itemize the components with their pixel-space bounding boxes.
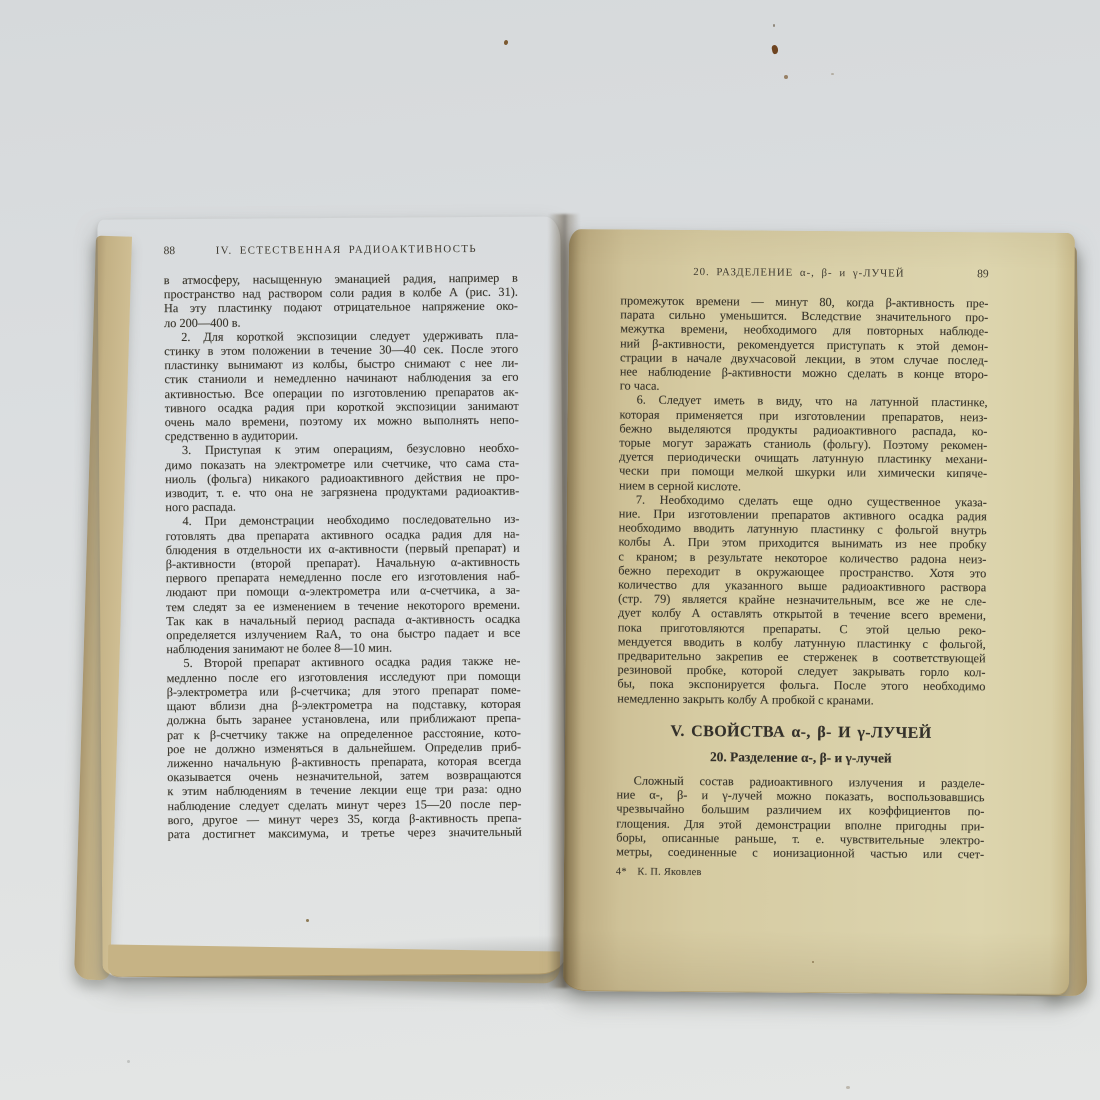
dust-speck: [127, 1060, 130, 1063]
page-number-right: 89: [977, 268, 989, 280]
text-line: изводит, т. е. что она не загрязнена про…: [165, 484, 519, 501]
dust-speck: [784, 75, 788, 79]
book-page-right: 20. РАЗДЕЛЕНИЕ α-, β- и γ-ЛУЧЕЙ 89 проме…: [563, 229, 1075, 995]
dust-speck: [771, 44, 779, 54]
text-line: немедленно закрыть колбу А пробкой с кра…: [617, 691, 985, 708]
book-gutter-shadow: [548, 214, 580, 988]
text-line: На эту пластинку подают отрицательное на…: [164, 299, 518, 316]
paper-speck: [306, 919, 309, 922]
text-column-right: промежуток времени — минут 80, когда β-а…: [616, 293, 989, 880]
text-line: очень мало времени, поэтому их можно вып…: [165, 413, 519, 430]
dust-speck: [773, 24, 775, 27]
text-line: определяется излучением RaA, то она быст…: [166, 626, 520, 643]
subsection-heading: 20. Разделение α-, β- и γ-лучей: [617, 747, 985, 767]
text-line: метры, соединенные с ионизационной часть…: [616, 844, 984, 861]
dust-speck: [503, 40, 508, 46]
book-page-left: 88 IV. ЕСТЕСТВЕННАЯ РАДИОАКТИВНОСТЬ в ат…: [97, 216, 565, 977]
printer-signature: 4* К. П. Яковлев: [616, 867, 984, 881]
running-head-left: 88 IV. ЕСТЕСТВЕННАЯ РАДИОАКТИВНОСТЬ: [164, 243, 518, 257]
paper-speck: [812, 961, 814, 963]
running-header-left-title: IV. ЕСТЕСТВЕННАЯ РАДИОАКТИВНОСТЬ: [175, 243, 518, 257]
text-line: рата достигнет максимума, и третье через…: [168, 825, 522, 842]
running-head-right: 20. РАЗДЕЛЕНИЕ α-, β- и γ-ЛУЧЕЙ 89: [621, 265, 989, 280]
page-number-left: 88: [164, 245, 176, 257]
dust-speck: [831, 73, 834, 75]
text-column-left: в атмосферу, насыщенную эманацией радия,…: [164, 271, 522, 842]
section-heading: V. СВОЙСТВА α-, β- И γ-ЛУЧЕЙ: [617, 721, 985, 743]
book-photo-scene: 88 IV. ЕСТЕСТВЕННАЯ РАДИОАКТИВНОСТЬ в ат…: [0, 0, 1100, 1100]
running-header-right-title: 20. РАЗДЕЛЕНИЕ α-, β- и γ-ЛУЧЕЙ: [621, 265, 978, 280]
dust-speck: [846, 1086, 850, 1089]
